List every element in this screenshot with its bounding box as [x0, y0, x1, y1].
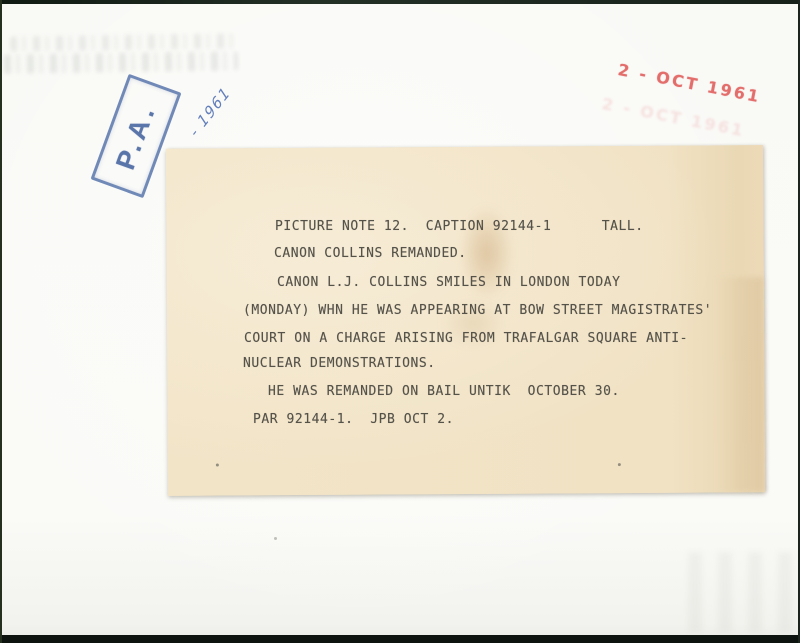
caption-line: NUCLEAR DEMONSTRATIONS. [243, 356, 436, 371]
caption-line: PICTURE NOTE 12. CAPTION 92144-1 TALL. [275, 219, 644, 234]
card-shading [714, 277, 765, 492]
ink-speck [216, 464, 219, 467]
caption-line: COURT ON A CHARGE ARISING FROM TRAFALGAR… [244, 331, 688, 346]
caption-line: CANON L.J. COLLINS SMILES IN LONDON TODA… [277, 275, 620, 290]
ghost-offset-text [10, 33, 236, 51]
photo-scan: P.A. - 1961 2 - OCT 1961 2 - OCT 1961 PI… [0, 0, 800, 643]
red-date-stamp: 2 - OCT 1961 [616, 60, 762, 106]
frame-edge-bottom [0, 635, 800, 643]
pa-stamp-label: P.A. [110, 98, 163, 173]
caption-line: (MONDAY) WHN HE WAS APPEARING AT BOW STR… [243, 303, 712, 318]
blue-year-stamp: - 1961 [186, 83, 234, 141]
caption-line: CANON COLLINS REMANDED. [274, 246, 467, 261]
ink-speck [618, 463, 621, 466]
ink-speck [274, 537, 277, 540]
ghost-offset-text [4, 51, 238, 73]
red-date-stamp-ghost: 2 - OCT 1961 [600, 94, 746, 140]
frame-edge-top [0, 0, 800, 4]
paper-streaks [688, 552, 792, 632]
stain [425, 287, 521, 360]
frame-edge-left [0, 0, 2, 643]
caption-line: PAR 92144-1. JPB OCT 2. [253, 412, 454, 427]
caption-line: HE WAS REMANDED ON BAIL UNTIK OCTOBER 30… [268, 384, 620, 399]
caption-card [166, 145, 765, 496]
